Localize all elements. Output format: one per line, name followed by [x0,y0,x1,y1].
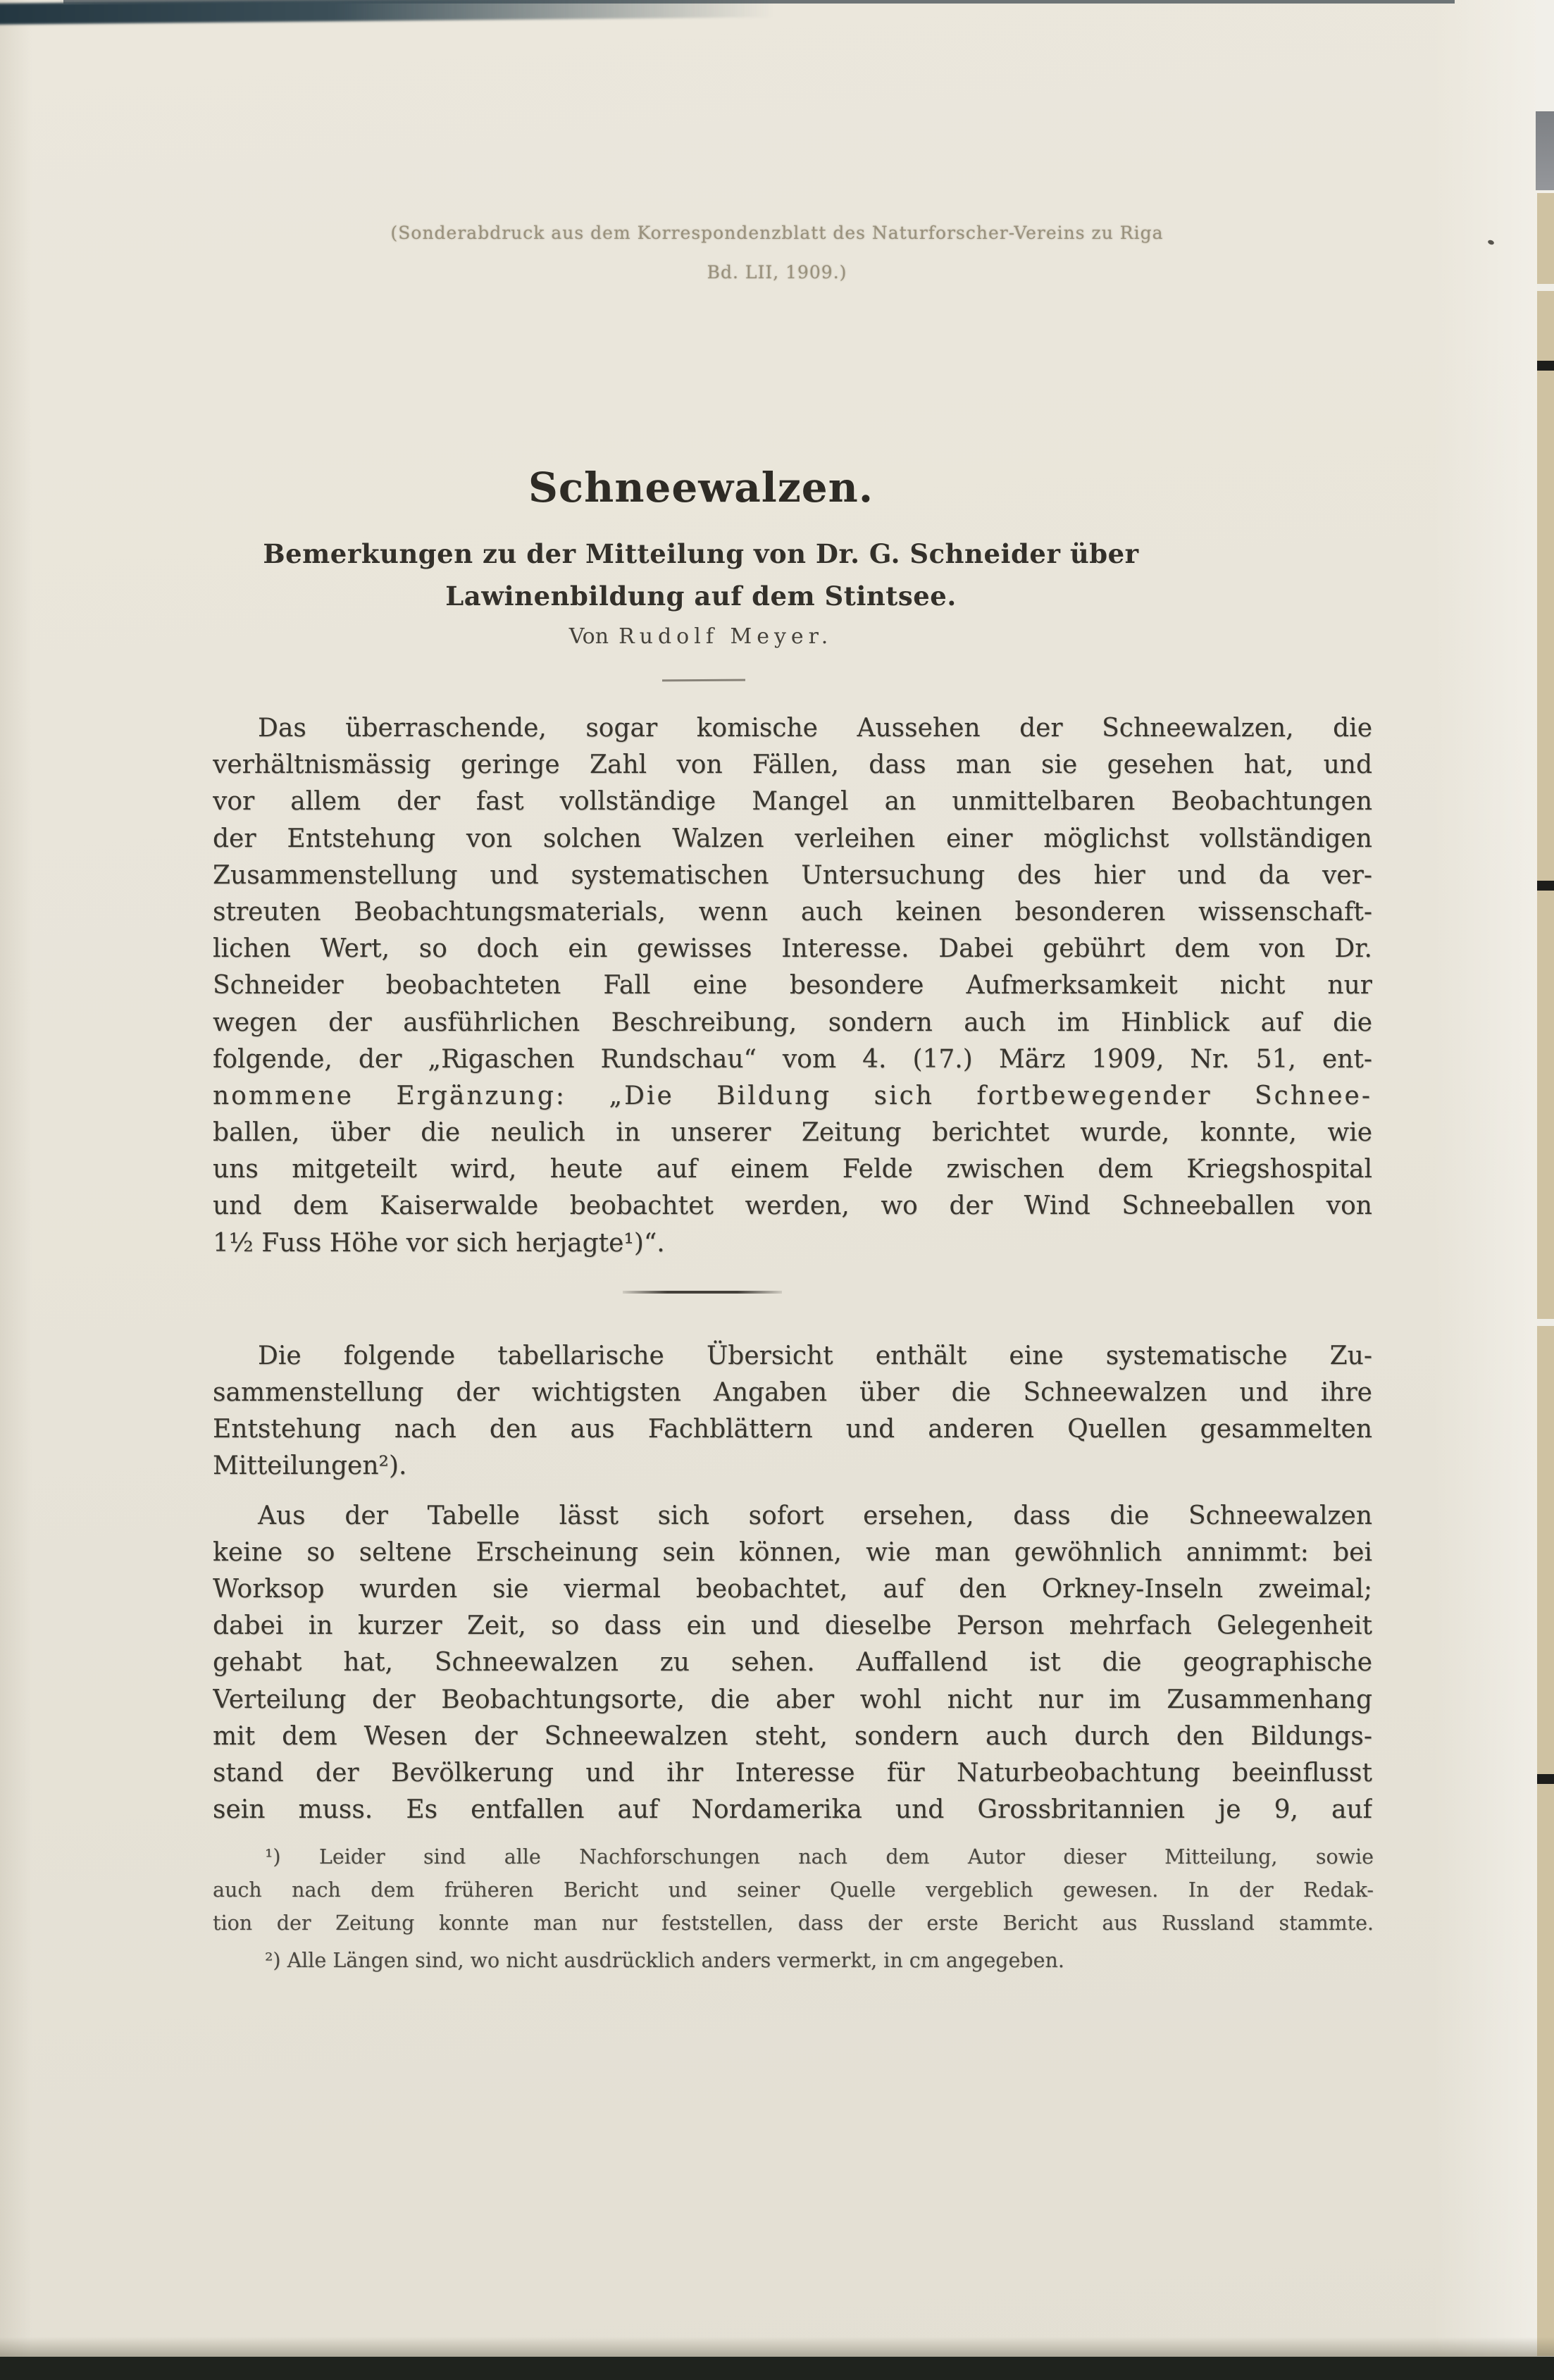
text-line: Zusammenstellung und systematischen Unte… [213,857,1372,894]
page-edge-dash [1537,361,1554,371]
article-title: Schneewalzen. [0,464,1402,512]
text-line: 1½ Fuss Höhe vor sich herjagte¹)“. [213,1225,1372,1262]
imprint: (Sonderabdruck aus dem Korrespondenzblat… [0,213,1554,292]
text-line: mit dem Wesen der Schneewalzen steht, so… [213,1718,1372,1755]
text-line: ballen, über die neulich in unserer Zeit… [213,1115,1372,1151]
footnote-1: ¹) Leider sind alle Nachforschungen nach… [213,1840,1374,1940]
text-line: vor allem der fast vollständige Mangel a… [213,783,1372,820]
subtitle-line-2: Lawinenbildung auf dem Stintsee. [0,575,1402,617]
text-line: ¹) Leider sind alle Nachforschungen nach… [213,1840,1374,1873]
text-line: auch nach dem früheren Bericht und seine… [213,1873,1374,1907]
text-line: Verteilung der Beobachtungsorte, die abe… [213,1682,1372,1718]
text-line: uns mitgeteilt wird, heute auf einem Fel… [213,1151,1372,1188]
byline: VonRudolf Meyer. [0,624,1402,649]
page-edge-strip-grey [1536,111,1554,190]
footnotes: ¹) Leider sind alle Nachforschungen nach… [213,1840,1374,1977]
paragraph-3: Aus der Tabelle lässt sich sofort ersehe… [213,1498,1372,1829]
article-subtitle: Bemerkungen zu der Mitteilung von Dr. G.… [0,533,1402,617]
imprint-line-1: (Sonderabdruck aus dem Korrespondenzblat… [0,213,1554,253]
text-line: Mitteilungen²). [213,1448,1372,1485]
paragraph-2: Die folgende tabellarische Übersicht ent… [213,1338,1372,1485]
scan-edge-bottom [0,2357,1554,2380]
scan-edge-top-band [0,0,1081,25]
text-line: und dem Kaiserwalde beobachtet werden, w… [213,1188,1372,1225]
scan-edge-bottom-shadow [0,2337,1554,2357]
scanned-page: (Sonderabdruck aus dem Korrespondenzblat… [0,0,1554,2380]
text-line: dabei in kurzer Zeit, so dass ein und di… [213,1608,1372,1644]
text-line: streuten Beobachtungsmaterials, wenn auc… [213,894,1372,931]
byline-prefix: Von [569,624,609,649]
article-body: Das überraschende, sogar komische Ausseh… [213,710,1372,1828]
text-line: stand der Bevölkerung und ihr Interesse … [213,1755,1372,1792]
text-line: keine so seltene Erscheinung sein können… [213,1535,1372,1571]
page-edge-dash [1537,881,1554,891]
page-edge-dash [1537,1774,1554,1784]
text-line: sein muss. Es entfallen auf Nordamerika … [213,1792,1372,1828]
text-line: Das überraschende, sogar komische Ausseh… [213,710,1372,747]
text-line: Aus der Tabelle lässt sich sofort ersehe… [213,1498,1372,1535]
text-line: wegen der ausführlichen Beschreibung, so… [213,1005,1372,1041]
text-line: verhältnismässig geringe Zahl von Fällen… [213,747,1372,783]
text-line: folgende, der „Rigaschen Rundschau“ vom … [213,1041,1372,1078]
text-line: lichen Wert, so doch ein gewisses Intere… [213,931,1372,967]
text-line: sammenstellung der wichtigsten Angaben ü… [213,1375,1372,1411]
text-line: ²) Alle Längen sind, wo nicht ausdrückli… [213,1944,1374,1977]
paragraph-1: Das überraschende, sogar komische Ausseh… [213,710,1372,1262]
text-line: Entstehung nach den aus Fachblättern und… [213,1411,1372,1448]
page-edge-gap [1537,1319,1554,1326]
text-line: tion der Zeitung konnte man nur feststel… [213,1907,1374,1940]
text-line: Schneider beobachteten Fall eine besonde… [213,967,1372,1004]
footnote-2: ²) Alle Längen sind, wo nicht ausdrückli… [213,1944,1374,1977]
text-line: der Entstehung von solchen Walzen verlei… [213,821,1372,857]
imprint-line-2: Bd. LII, 1909.) [0,253,1554,292]
page-edge-strip-tan [1537,193,1554,2356]
text-line: Die folgende tabellarische Übersicht ent… [213,1338,1372,1375]
subtitle-line-1: Bemerkungen zu der Mitteilung von Dr. G.… [0,533,1402,575]
ornament-rule [662,679,745,682]
text-line: gehabt hat, Schneewalzen zu sehen. Auffa… [213,1644,1372,1681]
author-name: Rudolf Meyer. [619,624,833,649]
page-edge-strip-white [1536,0,1554,111]
text-line: Worksop wurden sie viermal beobachtet, a… [213,1571,1372,1608]
text-line: nommene Ergänzung: „Die Bildung sich for… [213,1078,1372,1115]
